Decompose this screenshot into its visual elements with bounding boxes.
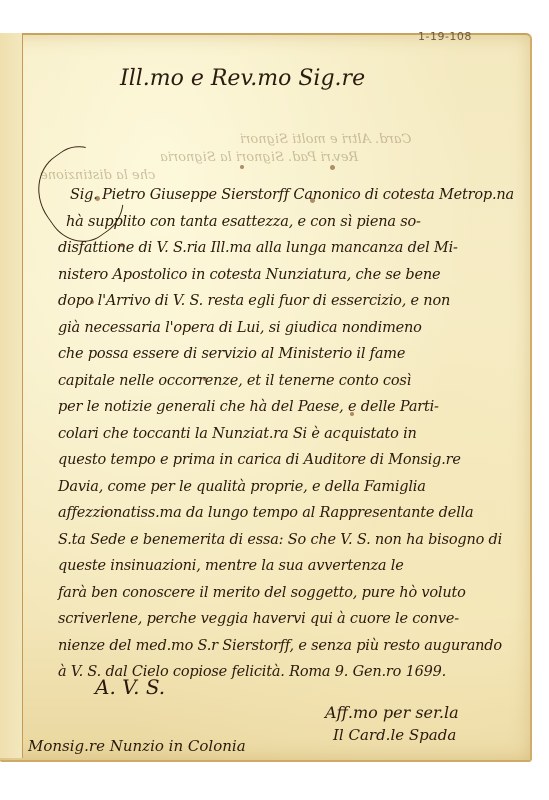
body-line: capitale nelle occorrenze, et il tenerne… — [58, 368, 528, 395]
body-line: nienze del med.mo S.r Sierstorff, e senz… — [58, 633, 528, 660]
archive-reference-number: 1-19-108 — [418, 30, 472, 43]
ink-stain — [95, 196, 100, 201]
body-line: Sig. Pietro Giuseppe Sierstorff Canonico… — [58, 182, 528, 209]
ink-stain — [350, 412, 354, 416]
ink-stain — [203, 377, 207, 381]
body-line: nistero Apostolico in cotesta Nunziatura… — [58, 262, 528, 289]
ink-stain — [120, 243, 124, 247]
signature-name: Il Card.le Spada — [305, 726, 459, 744]
salutation-heading: Ill.mo e Rev.mo Sig.re — [120, 66, 365, 91]
bleed-through-text: Card. Altri e molti Signori — [240, 132, 411, 147]
body-line: questo tempo e prima in carica di Audito… — [58, 447, 528, 474]
body-line: Davia, come per le qualità proprie, e de… — [58, 474, 528, 501]
body-line: disfattione di V. S.ria Ill.ma alla lung… — [58, 235, 528, 262]
body-line: che possa essere di servizio al Minister… — [58, 341, 528, 368]
body-line: per le notizie generali che hà del Paese… — [58, 394, 528, 421]
body-line: già necessaria l'opera di Lui, si giudic… — [58, 315, 528, 342]
body-line: dopo l'Arrivo di V. S. resta egli fuor d… — [58, 288, 528, 315]
ink-stain — [310, 198, 315, 203]
closing-initials: A. V. S. — [95, 675, 165, 699]
body-line: affezzionatiss.ma da lungo tempo al Rapp… — [58, 500, 528, 527]
body-line: farà ben conoscere il merito del soggett… — [58, 580, 528, 607]
body-line: colari che toccanti la Nunziat.ra Si è a… — [58, 421, 528, 448]
manuscript-page: 1-19-108 Card. Altri e molti Signori Rev… — [0, 0, 549, 800]
bleed-through-text: Rev.ri Pad. Signori la Signoria — [160, 150, 358, 165]
addressee-line: Monsig.re Nunzio in Colonia — [28, 737, 246, 755]
ink-stain — [240, 165, 244, 169]
body-line: hà supplito con tanta esattezza, e con s… — [58, 209, 528, 236]
ink-stain — [90, 300, 94, 304]
ink-stain — [104, 510, 108, 514]
body-line: S.ta Sede e benemerita di essa: So che V… — [58, 527, 528, 554]
body-line: scriverlene, perche veggia havervi qui à… — [58, 606, 528, 633]
binding-edge — [0, 33, 23, 758]
letter-body: Sig. Pietro Giuseppe Sierstorff Canonico… — [58, 182, 528, 686]
signature-block: Aff.mo per ser.la Il Card.le Spada — [305, 703, 459, 744]
body-line: queste insinuazioni, mentre la sua avver… — [58, 553, 528, 580]
ink-stain — [330, 165, 335, 170]
signature-valediction: Aff.mo per ser.la — [305, 703, 459, 722]
